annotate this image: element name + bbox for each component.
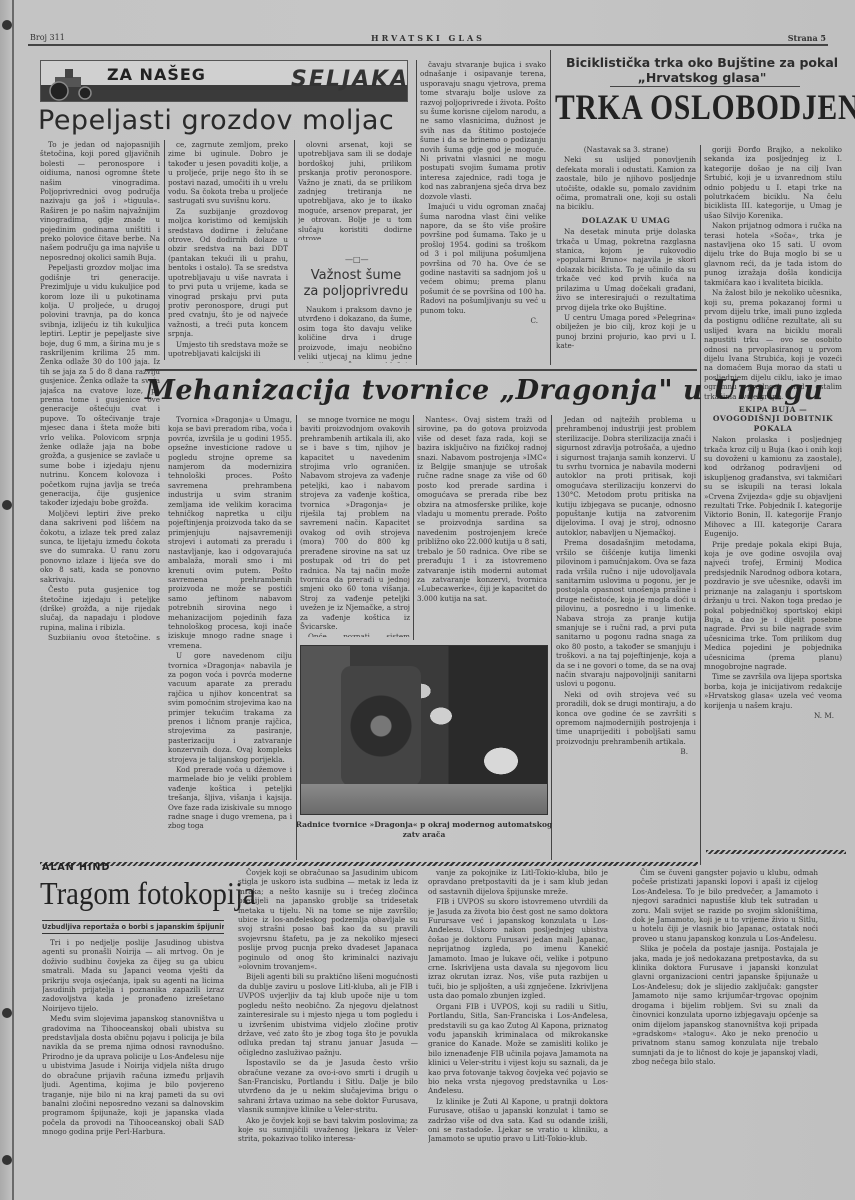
paragraph: se mnoge tvornice ne mogu baviti proizvo…	[300, 415, 410, 631]
paragraph: vanje za pokojnike iz Litl-Tokio-kluba, …	[428, 868, 608, 896]
binding-edge	[12, 0, 14, 1200]
workbench-figure	[301, 784, 547, 814]
dragonja-column-3: Nantes«. Ovaj sistem traži od sirovine, …	[417, 415, 547, 637]
column-rule	[413, 415, 414, 640]
wavy-separator	[40, 862, 698, 866]
paragraph: Tvornica »Dragonja« u Umagu, koja se bav…	[168, 415, 292, 650]
trka-column-2: goriji Đorđo Brajko, a nekoliko sekanda …	[704, 145, 842, 835]
paragraph: U centru Umaga pored »Pelegrina« obiljež…	[556, 313, 696, 351]
photo-caption: Radnice tvornice »Dragonja« p okraj mode…	[295, 820, 553, 840]
paragraph: To je jedan od najopasnijih štetočina, k…	[40, 140, 160, 262]
paragraph: Opće poznati sistem prerade sitne plave …	[300, 632, 410, 637]
paragraph: Nakon prijatnog odmora i ručka na terasi…	[704, 221, 842, 287]
paragraph: Organi FIB i UVPOS, koji su radili u Sit…	[428, 1002, 608, 1096]
paragraph: Čovjek koji se obračunao sa Jasudinim ub…	[238, 868, 418, 971]
trka-kicker: Biciklistička trka oko Bujštine za pokal…	[552, 55, 852, 85]
paragraph: Među svim slojevima japanskog stanovništ…	[42, 1014, 224, 1136]
paragraph: Nakon prolaska i posljednjeg trkača kroz…	[704, 435, 842, 538]
paragraph: Neki su uslijed ponovljenih defekata mor…	[556, 155, 696, 211]
paragraph: Prema dosadašnjim metodama, vršilo se či…	[556, 538, 696, 689]
column-rule	[294, 140, 295, 360]
punch-hole	[2, 20, 12, 30]
tractor-icon	[45, 67, 99, 101]
paragraph: Neki od ovih strojeva već su proradili, …	[556, 690, 696, 746]
punch-hole	[2, 1008, 12, 1018]
vaznost-column-2: čavaju stvaranje bujica i svako odnašanj…	[420, 60, 546, 365]
subheading: EKIPA BUJA — OVOGODIŠNJI DOBITNIK POKALA	[704, 405, 842, 433]
paragraph: Naukom i praksom davno je utvrđeno i dok…	[298, 305, 412, 363]
tragom-column-2: Čovjek koji se obračunao sa Jasudinim ub…	[238, 868, 418, 1158]
column-rule	[296, 415, 297, 860]
punch-hole	[2, 500, 12, 510]
paragraph: Suzbijanju ovog štetočine, s obzirom na …	[40, 633, 160, 640]
paragraph: olovni arsenat, koji se upotrebljava sam…	[298, 140, 412, 240]
paragraph: U gore navedenom cilju tvornica »Dragonj…	[168, 651, 292, 764]
paragraph: Za suzbijanje grozdovog moljca koristimo…	[168, 207, 288, 339]
article-title-vaznost: Važnost šume za poljoprivredu	[296, 268, 416, 300]
column-rule	[416, 60, 417, 365]
paragraph: Prije predaje pokala ekipi Buja, koja je…	[704, 540, 842, 672]
dragonja-column-4: Jedan od najtežih problema u prehrambeno…	[556, 415, 696, 860]
article-title-trka: TRKA OSLOBODJENJA	[555, 86, 801, 128]
sealing-machine-figure	[341, 666, 421, 786]
moljac-column-3: olovni arsenat, koji se upotrebljava sam…	[298, 140, 412, 240]
kicker-line: Biciklistička trka oko Bujštine za pokal	[552, 55, 852, 70]
paragraph: čavaju stvaranje bujica i svako odnašanj…	[420, 60, 546, 201]
tragom-column-4: Čim se čuveni gangster pojavio u klubu, …	[632, 868, 818, 1158]
section-rule	[145, 369, 697, 371]
column-rule	[551, 415, 552, 860]
paragraph: goriji Đorđo Brajko, a nekoliko sekanda …	[704, 145, 842, 220]
column-rule	[164, 140, 165, 360]
moljac-column-2: ce, zagrnute zemljom, preko zime bi ugin…	[168, 140, 288, 365]
paragraph: Ispostavilo se da je Jasuda često vršio …	[238, 1058, 418, 1114]
tragom-column-3: vanje za pokojnike iz Litl-Tokio-kluba, …	[428, 868, 608, 1158]
paragraph: ce, zagrnute zemljom, preko zime bi ugin…	[168, 140, 288, 206]
seljaka-banner: ZA NAŠEG SELJAKA	[40, 60, 408, 102]
separator-ornament: —□—	[345, 255, 369, 264]
column-rule	[700, 145, 701, 865]
banner-text-right: SELJAKA	[291, 67, 408, 92]
paragraph: Jedan od najtežih problema u prehrambeno…	[556, 415, 696, 537]
factory-workers-photo	[300, 645, 548, 815]
signature: N. M.	[704, 711, 842, 720]
trka-column-1: (Nastavak sa 3. strane) Neki su uslijed …	[556, 145, 696, 367]
article-title-tragom: Tragom fotokopija	[40, 875, 256, 912]
wavy-separator	[706, 850, 846, 854]
paragraph: Na desetak minuta prije dolaska trkača u…	[556, 227, 696, 312]
article-subtitle: Uzbudljiva reportaža o borbi s japanskim…	[42, 920, 224, 934]
moljac-column-1: To je jedan od najopasnijih štetočina, k…	[40, 140, 160, 640]
newspaper-page: Broj 311 HRVATSKI GLAS Strana 5 ZA NAŠEG…	[0, 0, 855, 1200]
paragraph: Bijeli agenti bili su praktično lišeni m…	[238, 972, 418, 1057]
kicker-line: „Hrvatskog glasa"	[552, 70, 852, 85]
paragraph: Kod prerade voća u džemove i marmelade b…	[168, 765, 292, 831]
article-title-moljac: Pepeljasti grozdov moljac	[38, 105, 410, 136]
paragraph: Često puta gusjenice tog štetočine izjed…	[40, 585, 160, 632]
page-header: Broj 311 HRVATSKI GLAS Strana 5	[28, 28, 828, 46]
paragraph: Iz klinike je Žuti Al Kapone, u pratnji …	[428, 1097, 608, 1144]
page-number: Strana 5	[788, 33, 826, 43]
tragom-column-1: Tri i po nedjelje poslije Jasudinog ubis…	[42, 938, 224, 1160]
banner-text-left: ZA NAŠEG	[107, 65, 206, 84]
paragraph: Tri i po nedjelje poslije Jasudinog ubis…	[42, 938, 224, 1013]
continuation-note: (Nastavak sa 3. strane)	[556, 145, 696, 154]
paragraph: Čim se čuveni gangster pojavio u klubu, …	[632, 868, 818, 943]
paragraph: Ako je čovjek koji se bavi takvim poslov…	[238, 1116, 418, 1144]
signature: C.	[420, 316, 546, 325]
paragraph: Umjesto tih sredstava može se upotreblja…	[168, 340, 288, 359]
paragraph: Time se završila ova lijepa sportska bor…	[704, 672, 842, 710]
paragraph: Moljčevi leptiri žive preko dana sakrive…	[40, 509, 160, 584]
column-rule	[550, 50, 551, 365]
paragraph: Imajući u vidu ogroman značaj šuma narod…	[420, 202, 546, 315]
paragraph: Pepeljasti grozdov moljac ima godišnje t…	[40, 263, 160, 508]
masthead: HRVATSKI GLAS	[28, 33, 828, 43]
paragraph: Nantes«. Ovaj sistem traži od sirovine, …	[417, 415, 547, 603]
vaznost-column-1: Naukom i praksom davno je utvrđeno i dok…	[298, 305, 412, 363]
dragonja-column-1: Tvornica »Dragonja« u Umagu, koja se bav…	[168, 415, 292, 860]
subheading: DOLAZAK U UMAG	[556, 216, 696, 225]
dragonja-column-2: se mnoge tvornice ne mogu baviti proizvo…	[300, 415, 410, 637]
paragraph: FIB i UVPOS su skoro istovremeno utvrdil…	[428, 897, 608, 1000]
punch-hole	[2, 1155, 12, 1165]
title-line: za poljoprivredu	[296, 284, 416, 300]
article-title-dragonja: Mehanizacija tvornice „Dragonja" u Umagu	[145, 375, 725, 406]
paragraph: Slika je počela da postaje jasnija. Post…	[632, 944, 818, 1066]
title-line: Važnost šume	[296, 268, 416, 284]
signature: B.	[556, 747, 696, 756]
author-byline: ALAN HIND	[42, 862, 110, 873]
